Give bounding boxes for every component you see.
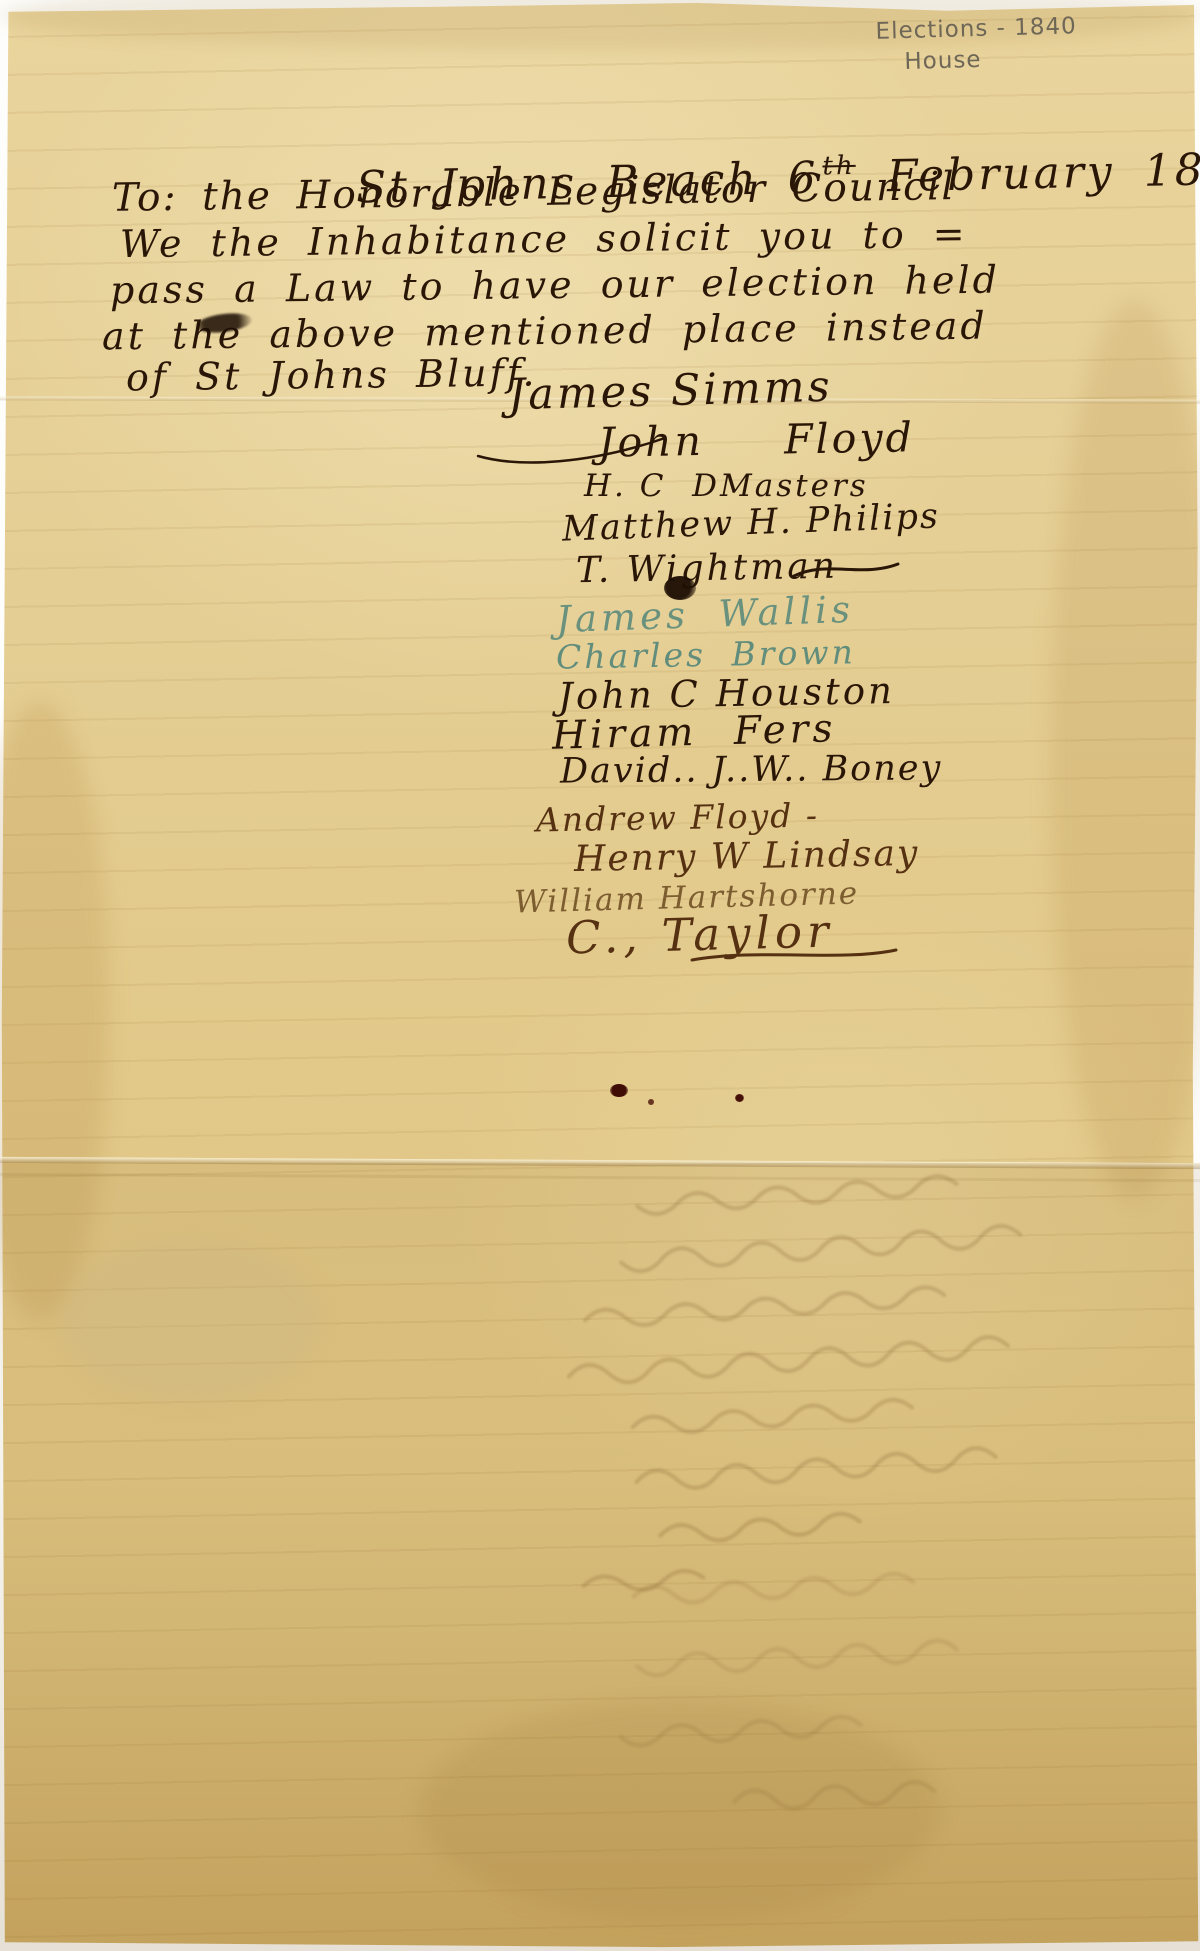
ink-spot xyxy=(648,1099,654,1105)
signature: James Simms xyxy=(507,362,833,420)
ink-spot xyxy=(610,1084,628,1097)
signature: Henry W Lindsay xyxy=(574,833,920,880)
signature: John Floyd xyxy=(598,413,916,467)
signature: T. Wightman xyxy=(576,546,839,592)
signature: H. C DMasters xyxy=(584,468,869,504)
paper-stain xyxy=(60,1240,320,1400)
paper-stain xyxy=(420,1700,940,1920)
signature: C., Taylor xyxy=(565,905,834,965)
ink-spot xyxy=(735,1094,744,1102)
archival-note-line2: House xyxy=(904,42,1078,78)
archival-note: Elections - 1840 House xyxy=(875,11,1078,79)
signature: David.. J..W.. Boney xyxy=(560,748,943,791)
body-line: of St Johns Bluff. xyxy=(126,352,538,399)
ink-blot-on-signature xyxy=(664,576,696,600)
signature: Andrew Floyd - xyxy=(536,796,820,840)
document-scan: Elections - 1840 House St Johns Beach 6t… xyxy=(0,0,1200,1951)
archival-note-line1: Elections - 1840 xyxy=(875,13,1077,45)
